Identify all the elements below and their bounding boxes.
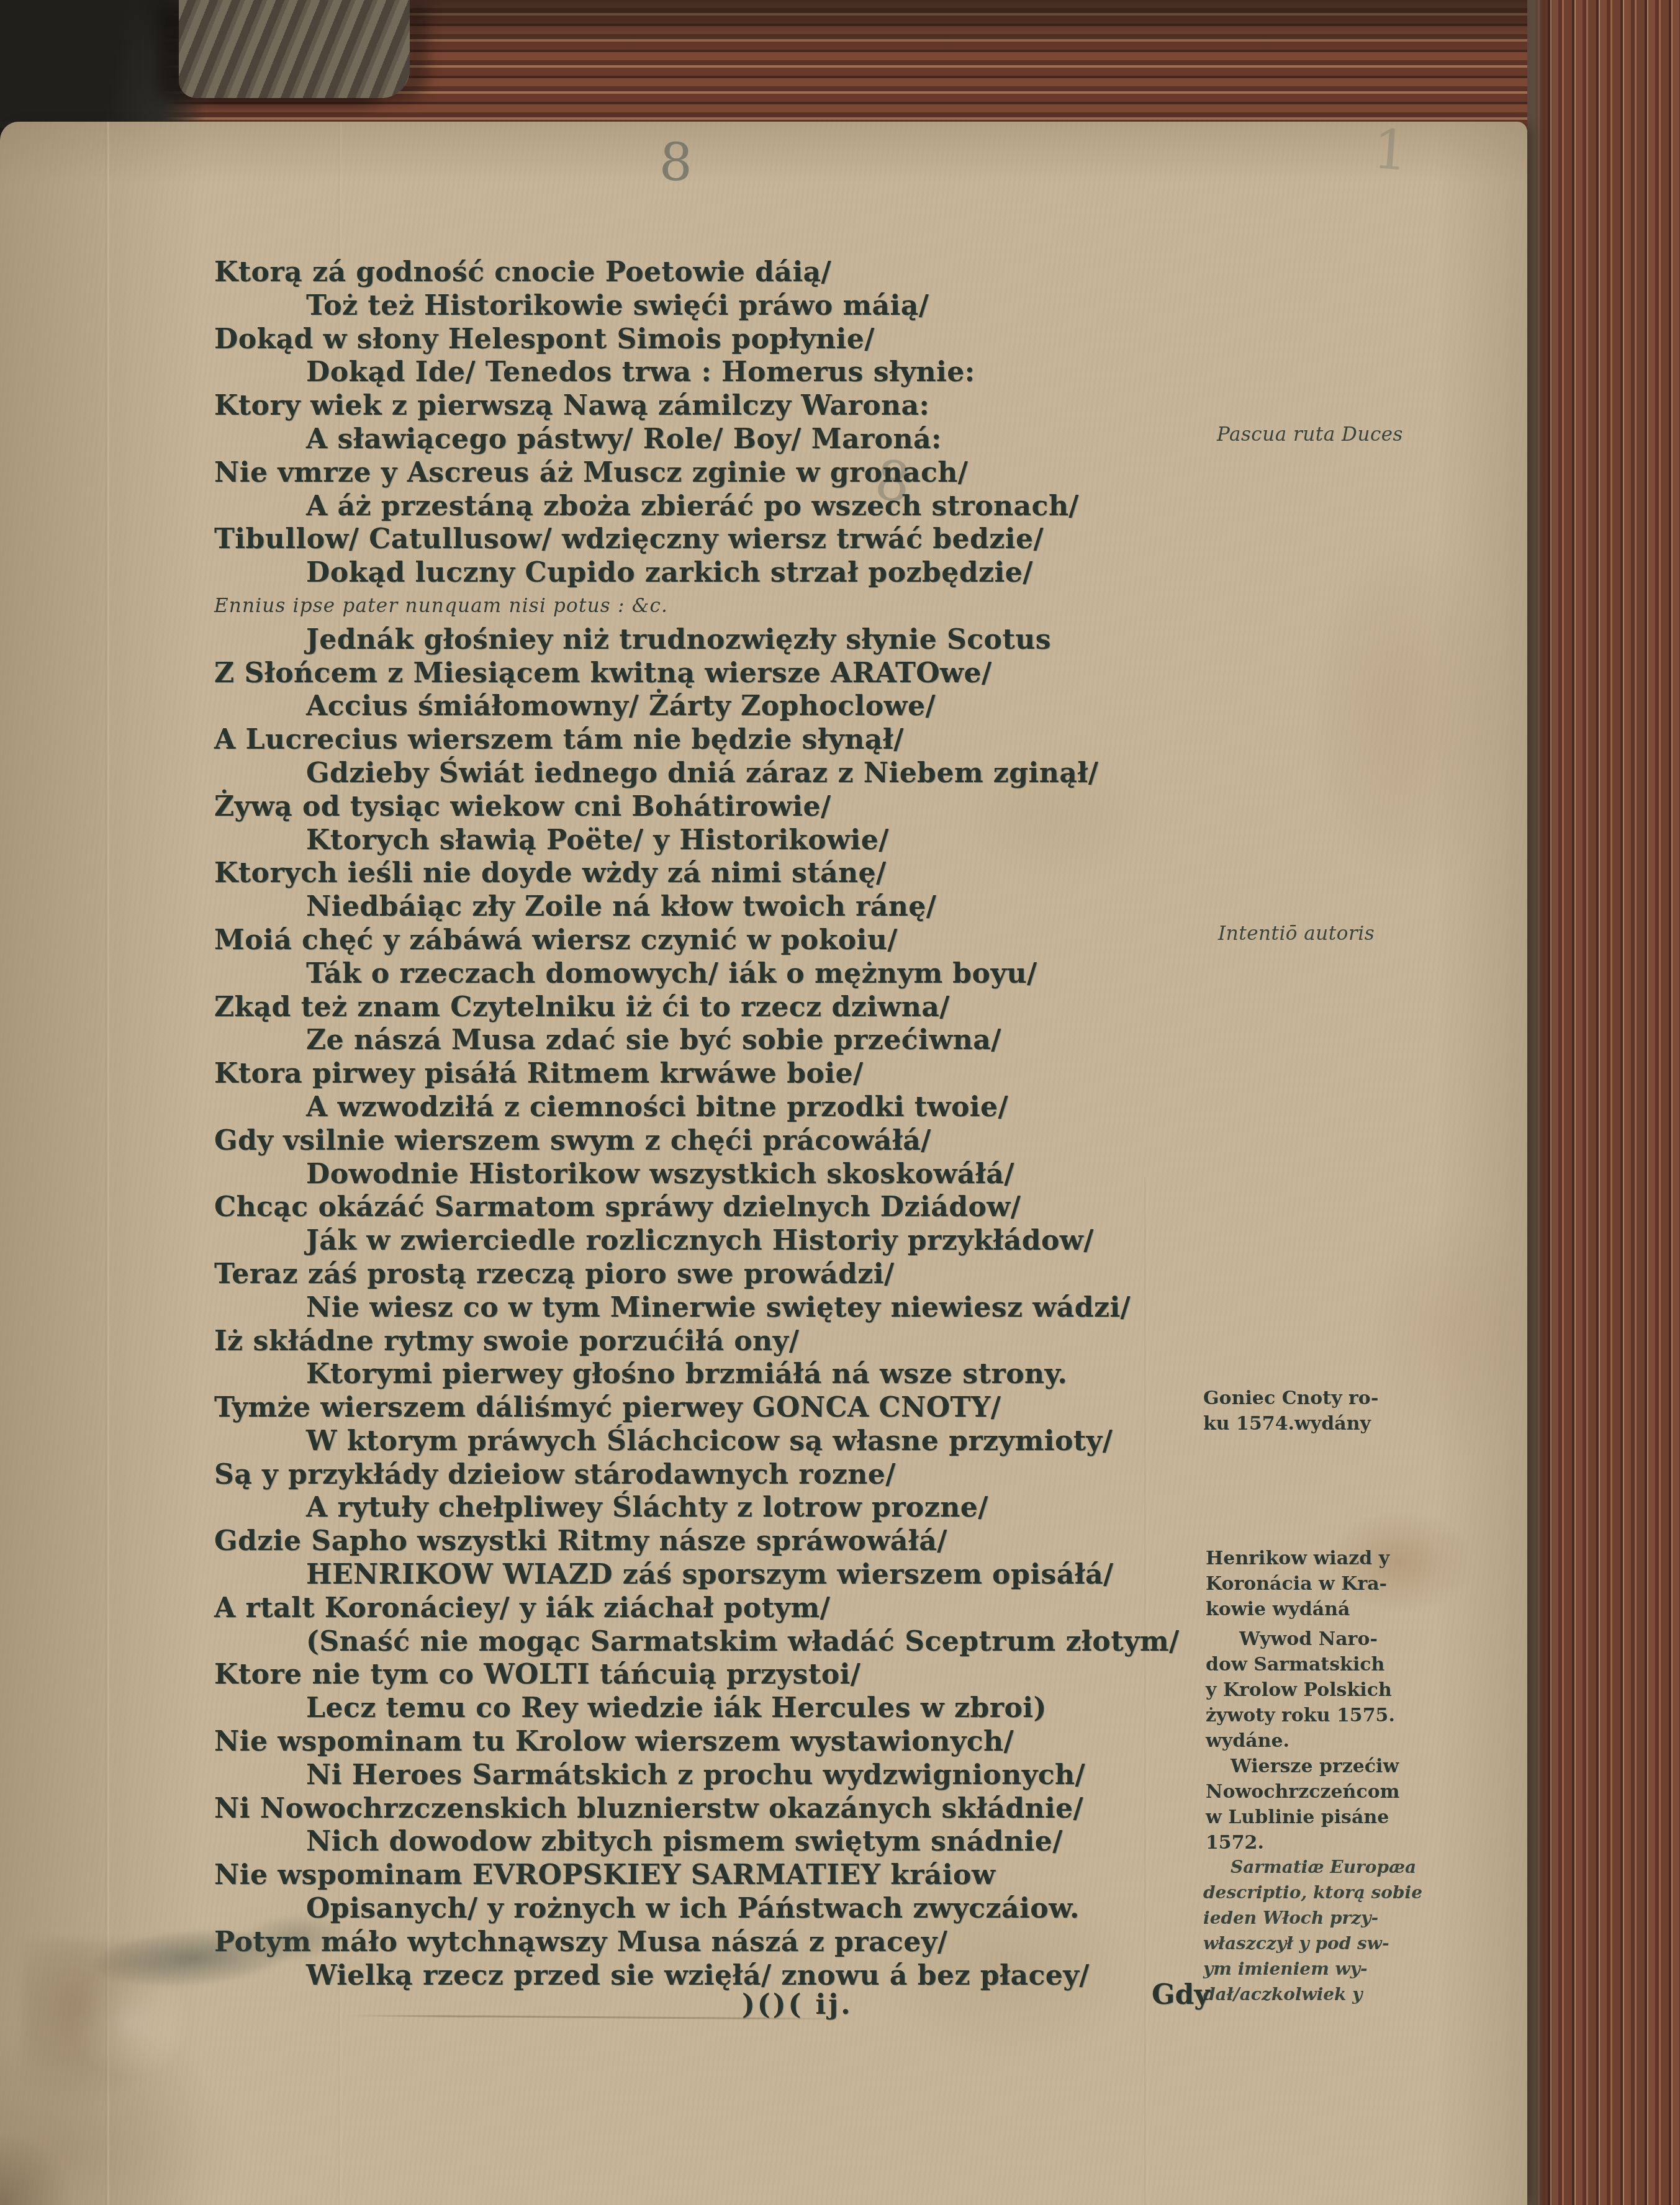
poem-line: Niedbáiąc zły Zoile ná kłow twoich ránę/ [214,890,1183,924]
poem-line: Dokąd w słony Helespont Simois popłynie/ [214,323,1183,356]
poem-line: Dowodnie Historikow wszystkich skoskowáł… [214,1158,1183,1191]
poem-line: A rytuły chełpliwey Śláchty z lotrow pro… [214,1491,1183,1525]
margin-note: Pascua ruta Duces [1217,422,1403,447]
binding-shadow [0,0,205,122]
handwritten-mark-one: 1 [1371,117,1410,183]
poem-line: Ze nászá Musa zdać sie być sobie przećiw… [214,1024,1183,1057]
poem-line: A wzwodziłá z ciemności bitne przodki tw… [214,1091,1183,1124]
poem-line: Teraz záś prostą rzeczą pioro swe prowád… [214,1258,1183,1291]
poem-line: Ktory wiek z pierwszą Nawą zámilczy Waro… [214,389,1183,423]
poem-line: Chcąc okázáć Sarmatom spráwy dzielnych D… [214,1191,1183,1224]
poem-line: A sławiącego pástwy/ Role/ Boy/ Maroná: [214,423,1183,456]
poem-line: Ennius ipse pater nunquam nisi potus : &… [214,590,1183,623]
margin-note: Wiersze przećiw Nowochrzczeńcom w Lublin… [1206,1754,1399,1856]
poem-line: Dokąd luczny Cupido zarkich strzał pozbę… [214,556,1183,590]
poem-line: Ktora pirwey pisáłá Ritmem krwáwe boie/ [214,1057,1183,1091]
poem-line: Nich dowodow zbitych pismem swiętym snád… [214,1825,1183,1859]
poem-line: Nie wiesz co w tym Minerwie swiętey niew… [214,1291,1183,1325]
poem-line: Gdzieby Świát iednego dniá záraz z Niebe… [214,757,1183,790]
book-page: 8 1 8 Ktorą zá godność cnocie Poetowie d… [0,122,1527,2205]
poem-line: A rtalt Koronáciey/ y iák ziáchał potym/ [214,1592,1183,1625]
poem-line: Tymże wierszem dáliśmyć pierwey GONCA CN… [214,1391,1183,1425]
poem-line: Nie wspominam tu Krolow wierszem wystawi… [214,1725,1183,1759]
poem-line: A Lucrecius wierszem tám nie będzie słyn… [214,723,1183,757]
poem-line: Opisanych/ y rożnych w ich Páństwach zwy… [214,1892,1183,1926]
poem-line: Ni Nowochrzczenskich bluznierstw okazány… [214,1792,1183,1826]
poem-line: Ktorymi pierwey głośno brzmiáłá ná wsze … [214,1358,1183,1391]
margin-note: Intentiō autoris [1218,921,1375,946]
poem-line: (Snaść nie mogąc Sarmatskim władáć Scept… [214,1625,1183,1659]
gutter-crease [106,122,110,2205]
poem-line: HENRIKOW WIAZD záś sporszym wierszem opi… [214,1558,1183,1592]
poem-line: Gdzie Sapho wszystki Ritmy násze spráwow… [214,1525,1183,1558]
poem-line: Ni Heroes Sarmátskich z prochu wydzwigni… [214,1759,1183,1792]
poem-line: Lecz temu co Rey wiedzie iák Hercules w … [214,1692,1183,1725]
poem-line: Ktore nie tym co WOLTI táńcuią przystoi/ [214,1658,1183,1692]
poem-text-block: Ktorą zá godność cnocie Poetowie dáią/To… [214,256,1183,1992]
poem-line: W ktorym práwych Śláchcicow są własne pr… [214,1425,1183,1458]
poem-line: Tibullow/ Catullusow/ wdzięczny wiersz t… [214,523,1183,556]
poem-line: Ktorą zá godność cnocie Poetowie dáią/ [214,256,1183,289]
margin-note: Sarmatiæ Europæa descriptio, ktorą sobie… [1203,1854,1422,2007]
poem-line: Iż skłádne rytmy swoie porzućiłá ony/ [214,1325,1183,1358]
poem-line: Gdy vsilnie wierszem swym z chęći prácow… [214,1124,1183,1158]
poem-line: Ktorych sławią Poëte/ y Historikowie/ [214,824,1183,857]
poem-line: Accius śmiáłomowny/ Żárty Zophoclowe/ [214,690,1183,723]
margin-note: Henrikow wiazd y Koronácia w Kra- kowie … [1206,1546,1389,1622]
poem-line: Z Słońcem z Miesiącem kwitną wiersze ARA… [214,657,1183,690]
book-scan: 8 1 8 Ktorą zá godność cnocie Poetowie d… [0,0,1680,2205]
quire-signature-mark: )()( ij. [742,1989,853,2021]
margin-note: Wywod Naro- dow Sarmatskich y Krolow Pol… [1206,1626,1395,1754]
poem-line: Dokąd Ide/ Tenedos trwa : Homerus słynie… [214,356,1183,389]
poem-line: Toż też Historikowie swięći práwo máią/ [214,289,1183,323]
poem-line: Nie vmrze y Ascreus áż Muscz zginie w gr… [214,456,1183,490]
poem-line: Ktorych ieśli nie doyde wżdy zá nimi stá… [214,857,1183,890]
catchword: Gdy [1152,1979,1210,2011]
poem-line: Żywą od tysiąc wiekow cni Bohátirowie/ [214,790,1183,824]
margin-note: Goniec Cnoty ro- ku 1574.wydány [1203,1386,1378,1436]
book-headband [179,0,410,98]
poem-line: Ják w zwierciedle rozlicznych Historiy p… [214,1224,1183,1258]
poem-line: Zkąd też znam Czytelniku iż ći to rzecz … [214,991,1183,1024]
poem-line: Moiá chęć y zábáwá wiersz czynić w pokoi… [214,924,1183,957]
poem-line: Ták o rzeczach domowych/ iák o mężnym bo… [214,957,1183,991]
poem-line: Są y przykłády dzieiow stárodawnych rozn… [214,1458,1183,1492]
handwritten-folio-number: 8 [658,131,693,193]
poem-line: A áż przestáną zboża zbieráć po wszech s… [214,490,1183,523]
book-fore-edge-pages [1527,0,1680,2205]
poem-line: Jednák głośniey niż trudnozwięzły słynie… [214,623,1183,657]
poem-line: Nie wspominam EVROPSKIEY SARMATIEY kráio… [214,1859,1183,1892]
stain-blot [22,1941,171,2108]
